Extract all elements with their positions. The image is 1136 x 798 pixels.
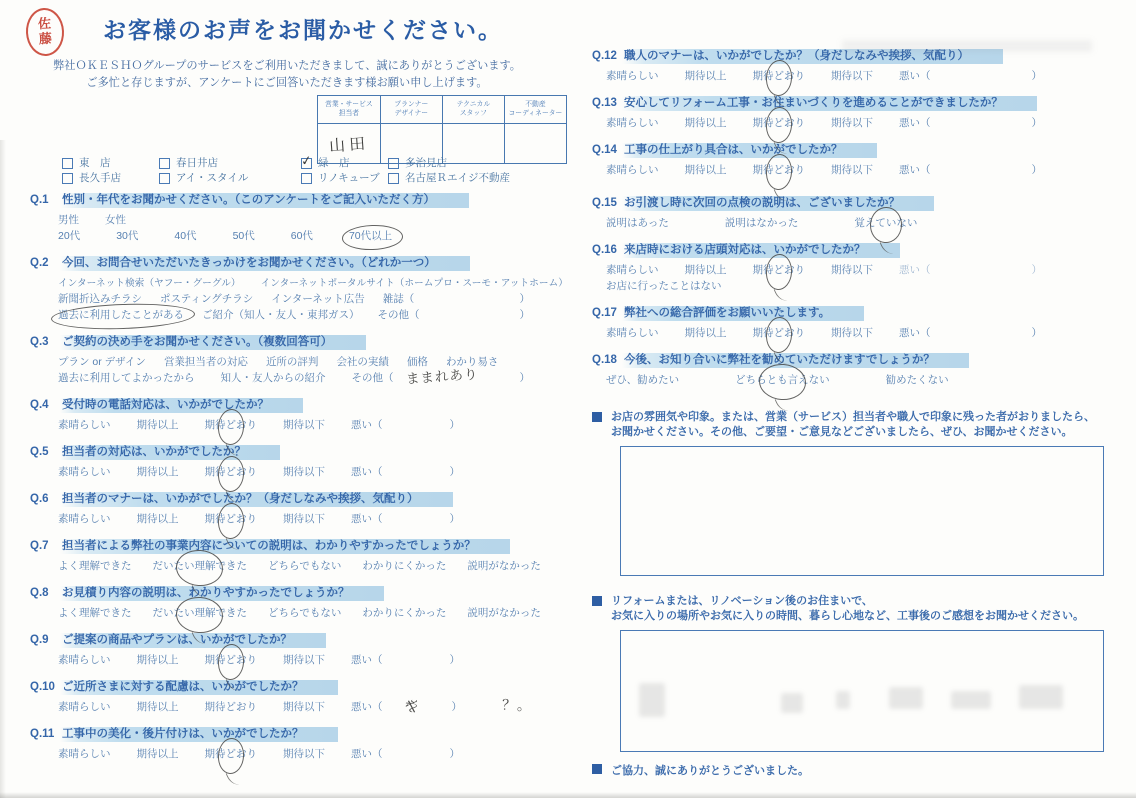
answer-option: 70代以上 [349,229,392,244]
option-label: 覚えていない [854,217,917,229]
answer-option: 悪い（ [351,512,383,527]
option-label: 悪い（ [899,117,931,129]
option-label: 名古屋Ｒエイジ不動産 [405,171,510,186]
answer-option: 期待以上 [137,418,179,433]
option-label: わかりにくかった [362,560,446,572]
answer-option: だいたい理解できた [153,606,248,621]
question-number: Q.6 [30,491,60,507]
option-label: 期待以上 [137,419,179,431]
ink-bleed [1019,685,1063,709]
option-label: 期待どおり [205,513,258,525]
answer-option: 期待どおり [205,653,258,668]
answer-option: 期待以上 [137,653,179,668]
option-label: どちらでもない [268,607,341,619]
option-label: 期待以上 [685,70,727,82]
option-label: 50代 [233,230,255,242]
question-q14: Q.14工事の仕上がり具合は、いかがでしたか？ 素晴らしい期待以上期待どおり期待… [592,142,1108,178]
option-label: 素晴らしい [606,264,659,276]
options-row: ぜひ、勧めたいどちらとも言えない勧めたくない [606,372,1108,388]
question-number: Q.8 [30,585,60,601]
option-label: インターネット検索（ヤフー・グーグル） [58,278,241,289]
answer-option: 40代 [174,229,196,244]
option-label: 長久手店 [79,171,121,186]
comment-label: リフォームまたは、リノベーション後のお住まいで、 お気に入りの場所やお気に入りの… [611,594,1084,624]
answer-option: 素晴らしい [606,326,659,341]
question-q3: Q.3ご契約の決め手をお聞かせください。（複数回答可） プラン or デザイン営… [30,334,536,386]
question-title: 担当者による弊社の事業内容についての説明は、わかりやすかったでしょうか？ [60,539,510,554]
option-label: 素晴らしい [58,748,111,760]
question-number: Q.17 [592,305,622,321]
options-row: よく理解できただいたい理解できたどちらでもないわかりにくかった説明がなかった [58,605,530,621]
answer-option: 男性 [58,213,79,228]
store-checkbox-item: 春日井店 [159,156,301,171]
option-label: 悪い（ [351,654,383,666]
option-label: ） [1032,327,1043,339]
handwritten-name: 山田 [328,131,370,157]
answer-option: 期待以上 [137,700,179,715]
question-number: Q.15 [592,195,622,211]
answer-option: 覚えていない [854,216,917,231]
option-label: 20代 [58,230,80,242]
answer-option: 素晴らしい [606,69,659,84]
option-label: 60代 [291,230,313,242]
question-number: Q.13 [592,95,622,111]
question-q7: Q.7担当者による弊社の事業内容についての説明は、わかりやすかったでしょうか？ … [30,538,536,574]
answer-option: ） [452,700,463,715]
answer-option: 期待以上 [685,116,727,131]
question-title: 担当者の対応は、いかがでしたか？ [60,445,280,460]
answer-option: 期待どおり [205,700,258,715]
option-label: 素晴らしい [606,70,659,82]
answer-option: どちらとも言えない [735,373,830,388]
answer-option: 期待以上 [685,326,727,341]
option-label: 説明がなかった [467,560,541,572]
question-q2: Q.2今回、お問合せいただいたきっかけをお聞かせください。（どれか一つ） インタ… [30,255,536,323]
answer-option: ） [450,653,461,668]
answer-option: 30代 [116,229,138,244]
answer-option: ） [520,371,531,386]
checkbox-icon [62,158,73,169]
option-label: ） [450,419,461,431]
option-label: 女性 [105,214,126,226]
option-label: 雑誌（ [383,293,415,305]
option-label: 70代以上 [349,230,392,242]
store-row-2: 長久手店アイ・スタイルリノキューブ名古屋Ｒエイジ不動産 [62,171,542,186]
option-label: わかりにくかった [362,607,446,619]
answer-option: ） [1032,163,1043,178]
answer-option: 悪い（ [899,69,931,84]
options-row: インターネット検索（ヤフー・グーグル）インターネットポータルサイト（ホームプロ・… [58,275,530,291]
option-label: 期待以下 [283,654,325,666]
answer-option: 説明はなかった [725,216,799,231]
answer-option: 素晴らしい [58,653,111,668]
staff-header-realestate: 不動産 コーディネーター [504,96,566,124]
option-label: 営業担当者の対応 [164,356,248,368]
answer-option: 期待どおり [205,418,258,433]
question-q10: Q.10ご近所さまに対する配慮は、いかがでしたか？ 素晴らしい期待以上期待どおり… [30,679,536,715]
options-row: 過去に利用したことがあるご紹介（知人・友人・東邦ガス）その他（） [58,307,530,323]
option-label: 期待以上 [137,701,179,713]
answer-option: 悪い（ [899,263,931,278]
question-number: Q.18 [592,352,622,368]
question-q16: Q.16来店時における店頭対応は、いかがでしたか？ 素晴らしい期待以上期待どおり… [592,242,1108,294]
answer-option: 期待以上 [137,465,179,480]
question-number: Q.10 [30,679,60,695]
staff-header-planner: プランナー デザイナー [380,96,442,124]
answer-option: 期待以下 [831,163,873,178]
option-label: ） [1032,164,1043,176]
question-q9: Q.9ご提案の商品やプランは、いかがでしたか？ 素晴らしい期待以上期待どおり期待… [30,632,536,668]
option-label: 期待以下 [831,70,873,82]
question-q15: Q.15お引渡し時に次回の点検の説明は、ございましたか？ 説明はあった説明はなか… [592,195,1108,231]
staff-table: 営業・サービス 担当者 プランナー デザイナー テクニカル スタッフ 不動産 コ… [317,95,567,164]
option-label: 期待どおり [753,117,806,129]
option-label: わかり易さ [446,356,499,368]
option-label: 期待以下 [283,748,325,760]
answer-option: 期待どおり [753,116,806,131]
handwritten-note: れ [400,696,423,716]
answer-option: 悪い（れ [351,699,426,715]
question-number: Q.14 [592,142,622,158]
option-label: 過去に利用したことがある [58,309,184,321]
answer-option: 期待以上 [685,263,727,278]
answer-option: 過去に利用してよかったから [58,371,195,386]
question-title: 受付時の電話対応は、いかがでしたか？ [60,398,303,413]
name-stamp-icon: 佐 藤 [25,7,65,57]
option-label: アイ・スタイル [176,171,248,186]
option-label: 素晴らしい [58,419,111,431]
question-q17: Q.17弊社への総合評価をお願いいたします。 素晴らしい期待以上期待どおり期待以… [592,305,1108,341]
option-label: 男性 [58,214,79,226]
checkbox-icon [159,158,170,169]
checkbox-checked-icon [301,158,312,169]
option-label: よく理解できた [58,607,132,619]
answer-option: ） [1032,116,1043,131]
answer-option: 素晴らしい [58,512,111,527]
comment-box-1 [620,446,1104,576]
ink-bleed [889,687,923,709]
option-label: 過去に利用してよかったから [58,372,195,384]
question-q1: Q.1性別・年代をお聞かせください。（このアンケートをご記入いただく方） 男性女… [30,192,536,244]
comment-section-1: お店の雰囲気や印象。または、営業（サービス）担当者や職人で印象に残った者がおりま… [592,410,1108,576]
options-row: 素晴らしい期待以上期待どおり期待以下悪い（れ）？。 [58,699,460,715]
ink-bleed [781,693,803,713]
option-label: 期待以下 [831,117,873,129]
answer-option: 期待以下 [283,418,325,433]
options-row: 素晴らしい期待以上期待どおり期待以下悪い（） [606,262,1042,278]
question-title: ご近所さまに対する配慮は、いかがでしたか？ [60,680,338,695]
option-label: 期待どおり [753,70,806,82]
comment-section-2: リフォームまたは、リノベーション後のお住まいで、 お気に入りの場所やお気に入りの… [592,594,1108,752]
question-title: 弊社への総合評価をお願いいたします。 [622,306,864,321]
option-label: 会社の実績 [336,356,389,368]
option-label: ご紹介（知人・友人・東邦ガス） [202,309,360,321]
options-row: 20代30代40代50代60代70代以上 [58,228,536,244]
option-label: 期待どおり [205,466,258,478]
scan-smudge [842,40,1092,52]
answer-option: 女性 [105,213,126,228]
option-label: 期待以下 [831,327,873,339]
right-column: Q.12職人のマナーは、いかがでしたか？（身だしなみや挨拶、気配り） 素晴らしい… [592,48,1108,778]
option-label: 期待どおり [205,701,258,713]
option-label: 悪い（ [899,70,931,82]
question-q8: Q.8お見積り内容の説明は、わかりやすかったでしょうか？ よく理解できただいたい… [30,585,536,621]
answer-option: 勧めたくない [886,373,949,388]
options-row: 素晴らしい期待以上期待どおり期待以下悪い（） [606,325,1042,341]
answer-option: わかり易さ [446,355,499,370]
option-label: ぜひ、勧めたい [606,374,679,386]
options-row: 素晴らしい期待以上期待どおり期待以下悪い（） [58,511,460,527]
answer-option: 期待以上 [685,69,727,84]
option-label: 勧めたくない [886,374,949,386]
answer-option: 悪い（ [351,418,383,433]
question-number: Q.1 [30,192,60,208]
store-checkbox-item: 緑 店 [301,156,388,171]
store-checkbox-item: 名古屋Ｒエイジ不動産 [388,171,510,186]
answer-option: ぜひ、勧めたい [606,373,679,388]
answer-option: その他（ままれあり [352,370,479,386]
option-label: 説明はなかった [725,217,799,229]
option-label: 新聞折込みチラシ [58,293,142,305]
answer-option: 期待以下 [283,512,325,527]
option-label: 期待以下 [283,466,325,478]
option-label: その他（ [378,309,420,321]
question-q13: Q.13安心してリフォーム工事・お住まいづくりを進めることができましたか？ 素晴… [592,95,1108,131]
answer-option: その他（ [378,308,420,323]
option-label: 期待どおり [205,419,258,431]
options-row: 素晴らしい期待以上期待どおり期待以下悪い（） [58,464,460,480]
question-q12: Q.12職人のマナーは、いかがでしたか？（身だしなみや挨拶、気配り） 素晴らしい… [592,48,1108,84]
answer-option: 期待以下 [831,263,873,278]
answer-option: 雑誌（ [383,292,415,307]
page-title: お客様のお声をお聞かせください。 [88,12,518,45]
question-number: Q.5 [30,444,60,460]
answer-option: 期待どおり [753,263,806,278]
checkbox-icon [159,173,170,184]
checkbox-icon [62,173,73,184]
option-label: 期待以上 [137,654,179,666]
answer-option: どちらでもない [268,559,341,574]
answer-option: 悪い（ [351,653,383,668]
option-label: ） [450,466,461,478]
options-row: 素晴らしい期待以上期待どおり期待以下悪い（） [606,115,1042,131]
answer-option: 近所の評判 [266,355,319,370]
option-label: 悪い（ [351,466,383,478]
option-label: 期待以下 [283,513,325,525]
option-label: 期待どおり [205,748,258,760]
answer-option: 悪い（ [351,747,383,762]
answer-option: 期待以下 [831,326,873,341]
answer-option: 期待どおり [205,747,258,762]
option-label: ） [520,293,531,305]
options-row: お店に行ったことはない [606,278,1108,294]
option-label: ） [1032,264,1043,276]
question-number: Q.9 [30,632,60,648]
option-label: 素晴らしい [58,513,111,525]
answer-option: だいたい理解できた [153,559,248,574]
option-label: 悪い（ [351,513,383,525]
answer-option: 素晴らしい [606,116,659,131]
answer-option: 期待以下 [283,700,325,715]
option-label: ） [1032,117,1043,129]
option-label: 悪い（ [351,701,383,713]
checkbox-icon [388,158,399,169]
question-q4: Q.4受付時の電話対応は、いかがでしたか？ 素晴らしい期待以上期待どおり期待以下… [30,397,536,433]
option-label: 悪い（ [899,264,931,276]
option-label: 期待どおり [753,264,806,276]
options-row: 過去に利用してよかったから知人・友人からの紹介その他（ままれあり） [58,370,530,386]
answer-option: ） [450,465,461,480]
answer-option: 悪い（ [351,465,383,480]
option-label: 悪い（ [351,748,383,760]
options-row: 素晴らしい期待以上期待どおり期待以下悪い（） [58,652,460,668]
staff-header-sales: 営業・サービス 担当者 [318,96,381,124]
store-checkbox-item: アイ・スタイル [159,171,301,186]
option-label: 悪い（ [899,327,931,339]
store-row-1: 東 店春日井店緑 店多治見店 [62,156,542,171]
store-checkbox-group: 東 店春日井店緑 店多治見店 長久手店アイ・スタイルリノキューブ名古屋Ｒエイジ不… [62,156,542,186]
option-label: 近所の評判 [266,356,319,368]
option-label: 素晴らしい [606,327,659,339]
question-title: 工事中の美化・後片付けは、いかがでしたか？ [60,727,338,742]
answer-option: インターネット検索（ヤフー・グーグル） [58,276,241,291]
option-label: 素晴らしい [606,164,659,176]
question-number: Q.11 [30,726,60,742]
answer-option: 悪い（ [899,326,931,341]
answer-option: 期待以下 [283,747,325,762]
options-row: よく理解できただいたい理解できたどちらでもないわかりにくかった説明がなかった [58,558,530,574]
staff-header-technical: テクニカル スタッフ [442,96,504,124]
answer-option: ？。 [488,699,532,715]
answer-option: ） [520,292,531,307]
answer-option: ） [450,512,461,527]
answer-option: 説明がなかった [467,559,541,574]
option-label: リノキューブ [318,171,380,186]
stamp-char: 藤 [38,32,52,48]
answer-option: 期待どおり [753,326,806,341]
answer-option: ） [1032,326,1043,341]
options-row: 素晴らしい期待以上期待どおり期待以下悪い（） [58,417,460,433]
option-label: 説明はあった [606,217,669,229]
options-row: 男性女性 [58,212,536,228]
question-title: 今回、お問合せいただいたきっかけをお聞かせください。（どれか一つ） [60,256,470,271]
answer-option: ） [450,418,461,433]
bullet-icon [592,596,602,606]
option-label: ） [450,654,461,666]
comment-box-2 [620,630,1104,752]
option-label: 東 店 [79,156,111,171]
answer-option: ） [520,308,531,323]
options-row: 素晴らしい期待以上期待どおり期待以下悪い（） [58,746,460,762]
option-label: よく理解できた [58,560,132,572]
answer-option: よく理解できた [58,559,132,574]
option-label: 悪い（ [351,419,383,431]
option-label: 期待以下 [283,701,325,713]
answer-option: 期待以上 [137,512,179,527]
option-label: ） [520,309,531,321]
option-label: 40代 [174,230,196,242]
option-label: 期待以下 [831,164,873,176]
option-label: 期待どおり [753,164,806,176]
answer-option: 素晴らしい [606,163,659,178]
answer-option: どちらでもない [268,606,341,621]
option-label: 期待以上 [685,327,727,339]
bullet-icon [592,412,602,422]
answer-option: 期待どおり [753,163,806,178]
option-label: 期待以下 [831,264,873,276]
options-row: 素晴らしい期待以上期待どおり期待以下悪い（） [606,68,1042,84]
ink-bleed [639,683,665,717]
answer-option: 期待以下 [831,116,873,131]
option-label: 期待以上 [685,264,727,276]
answer-option: ） [1032,69,1043,84]
question-number: Q.3 [30,334,60,350]
answer-option: 50代 [233,229,255,244]
option-label: だいたい理解できた [153,560,248,572]
question-q18: Q.18今後、お知り合いに弊社を勧めていただけますでしょうか？ ぜひ、勧めたいど… [592,352,1108,388]
closing-line: ご協力、誠にありがとうございました。 [592,762,1108,778]
option-label: どちらとも言えない [735,374,830,386]
checkbox-icon [301,173,312,184]
question-title: ご契約の決め手をお聞かせください。（複数回答可） [60,335,366,350]
answer-option: 期待以下 [831,69,873,84]
answer-option: 会社の実績 [336,355,389,370]
option-label: 素晴らしい [58,701,111,713]
handwritten-note: ままれあり [405,367,478,387]
question-number: Q.7 [30,538,60,554]
option-label: 悪い（ [899,164,931,176]
options-row: プラン or デザイン営業担当者の対応近所の評判会社の実績価格わかり易さ [58,354,530,370]
answer-option: 素晴らしい [58,700,111,715]
answer-option: 素晴らしい [58,747,111,762]
option-label: どちらでもない [268,560,341,572]
answer-option: ） [450,747,461,762]
intro-line-1: 弊社ＯＫＥＳＨＯグループのサービスをご利用いただきまして、誠にありがとうございま… [34,58,540,75]
question-title: お見積り内容の説明は、わかりやすかったでしょうか？ [60,586,384,601]
option-label: ） [450,748,461,760]
question-number: Q.2 [30,255,60,271]
option-label: 価格 [407,356,428,368]
question-q6: Q.6担当者のマナーは、いかがでしたか？（身だしなみや挨拶、気配り） 素晴らしい… [30,491,536,527]
answer-option: 素晴らしい [606,263,659,278]
question-number: Q.4 [30,397,60,413]
option-label: お店に行ったことはない [606,280,722,292]
question-title: 安心してリフォーム工事・お住まいづくりを進めることができましたか？ [622,96,1037,111]
option-label: 素晴らしい [58,466,111,478]
question-q11: Q.11工事中の美化・後片付けは、いかがでしたか？ 素晴らしい期待以上期待どおり… [30,726,536,762]
option-label: 30代 [116,230,138,242]
option-label: 期待以上 [685,164,727,176]
option-label: 期待以上 [137,513,179,525]
answer-option: ） [1032,263,1043,278]
store-checkbox-item: 東 店 [62,156,159,171]
answer-option: 60代 [291,229,313,244]
option-label: インターネット広告 [271,293,365,305]
answer-option: 悪い（ [899,116,931,131]
answer-option: 期待以上 [685,163,727,178]
store-checkbox-item: 長久手店 [62,171,159,186]
options-row: 素晴らしい期待以上期待どおり期待以下悪い（） [606,162,1042,178]
option-label: 期待以上 [137,466,179,478]
answer-option: 期待以上 [137,747,179,762]
ink-bleed [951,691,991,709]
option-label: 期待どおり [205,654,258,666]
option-label: ） [452,701,463,713]
answer-option: 説明はあった [606,216,669,231]
option-label: プラン or デザイン [58,356,146,368]
option-label: だいたい理解できた [153,607,248,619]
option-label: 知人・友人からの紹介 [221,372,326,384]
